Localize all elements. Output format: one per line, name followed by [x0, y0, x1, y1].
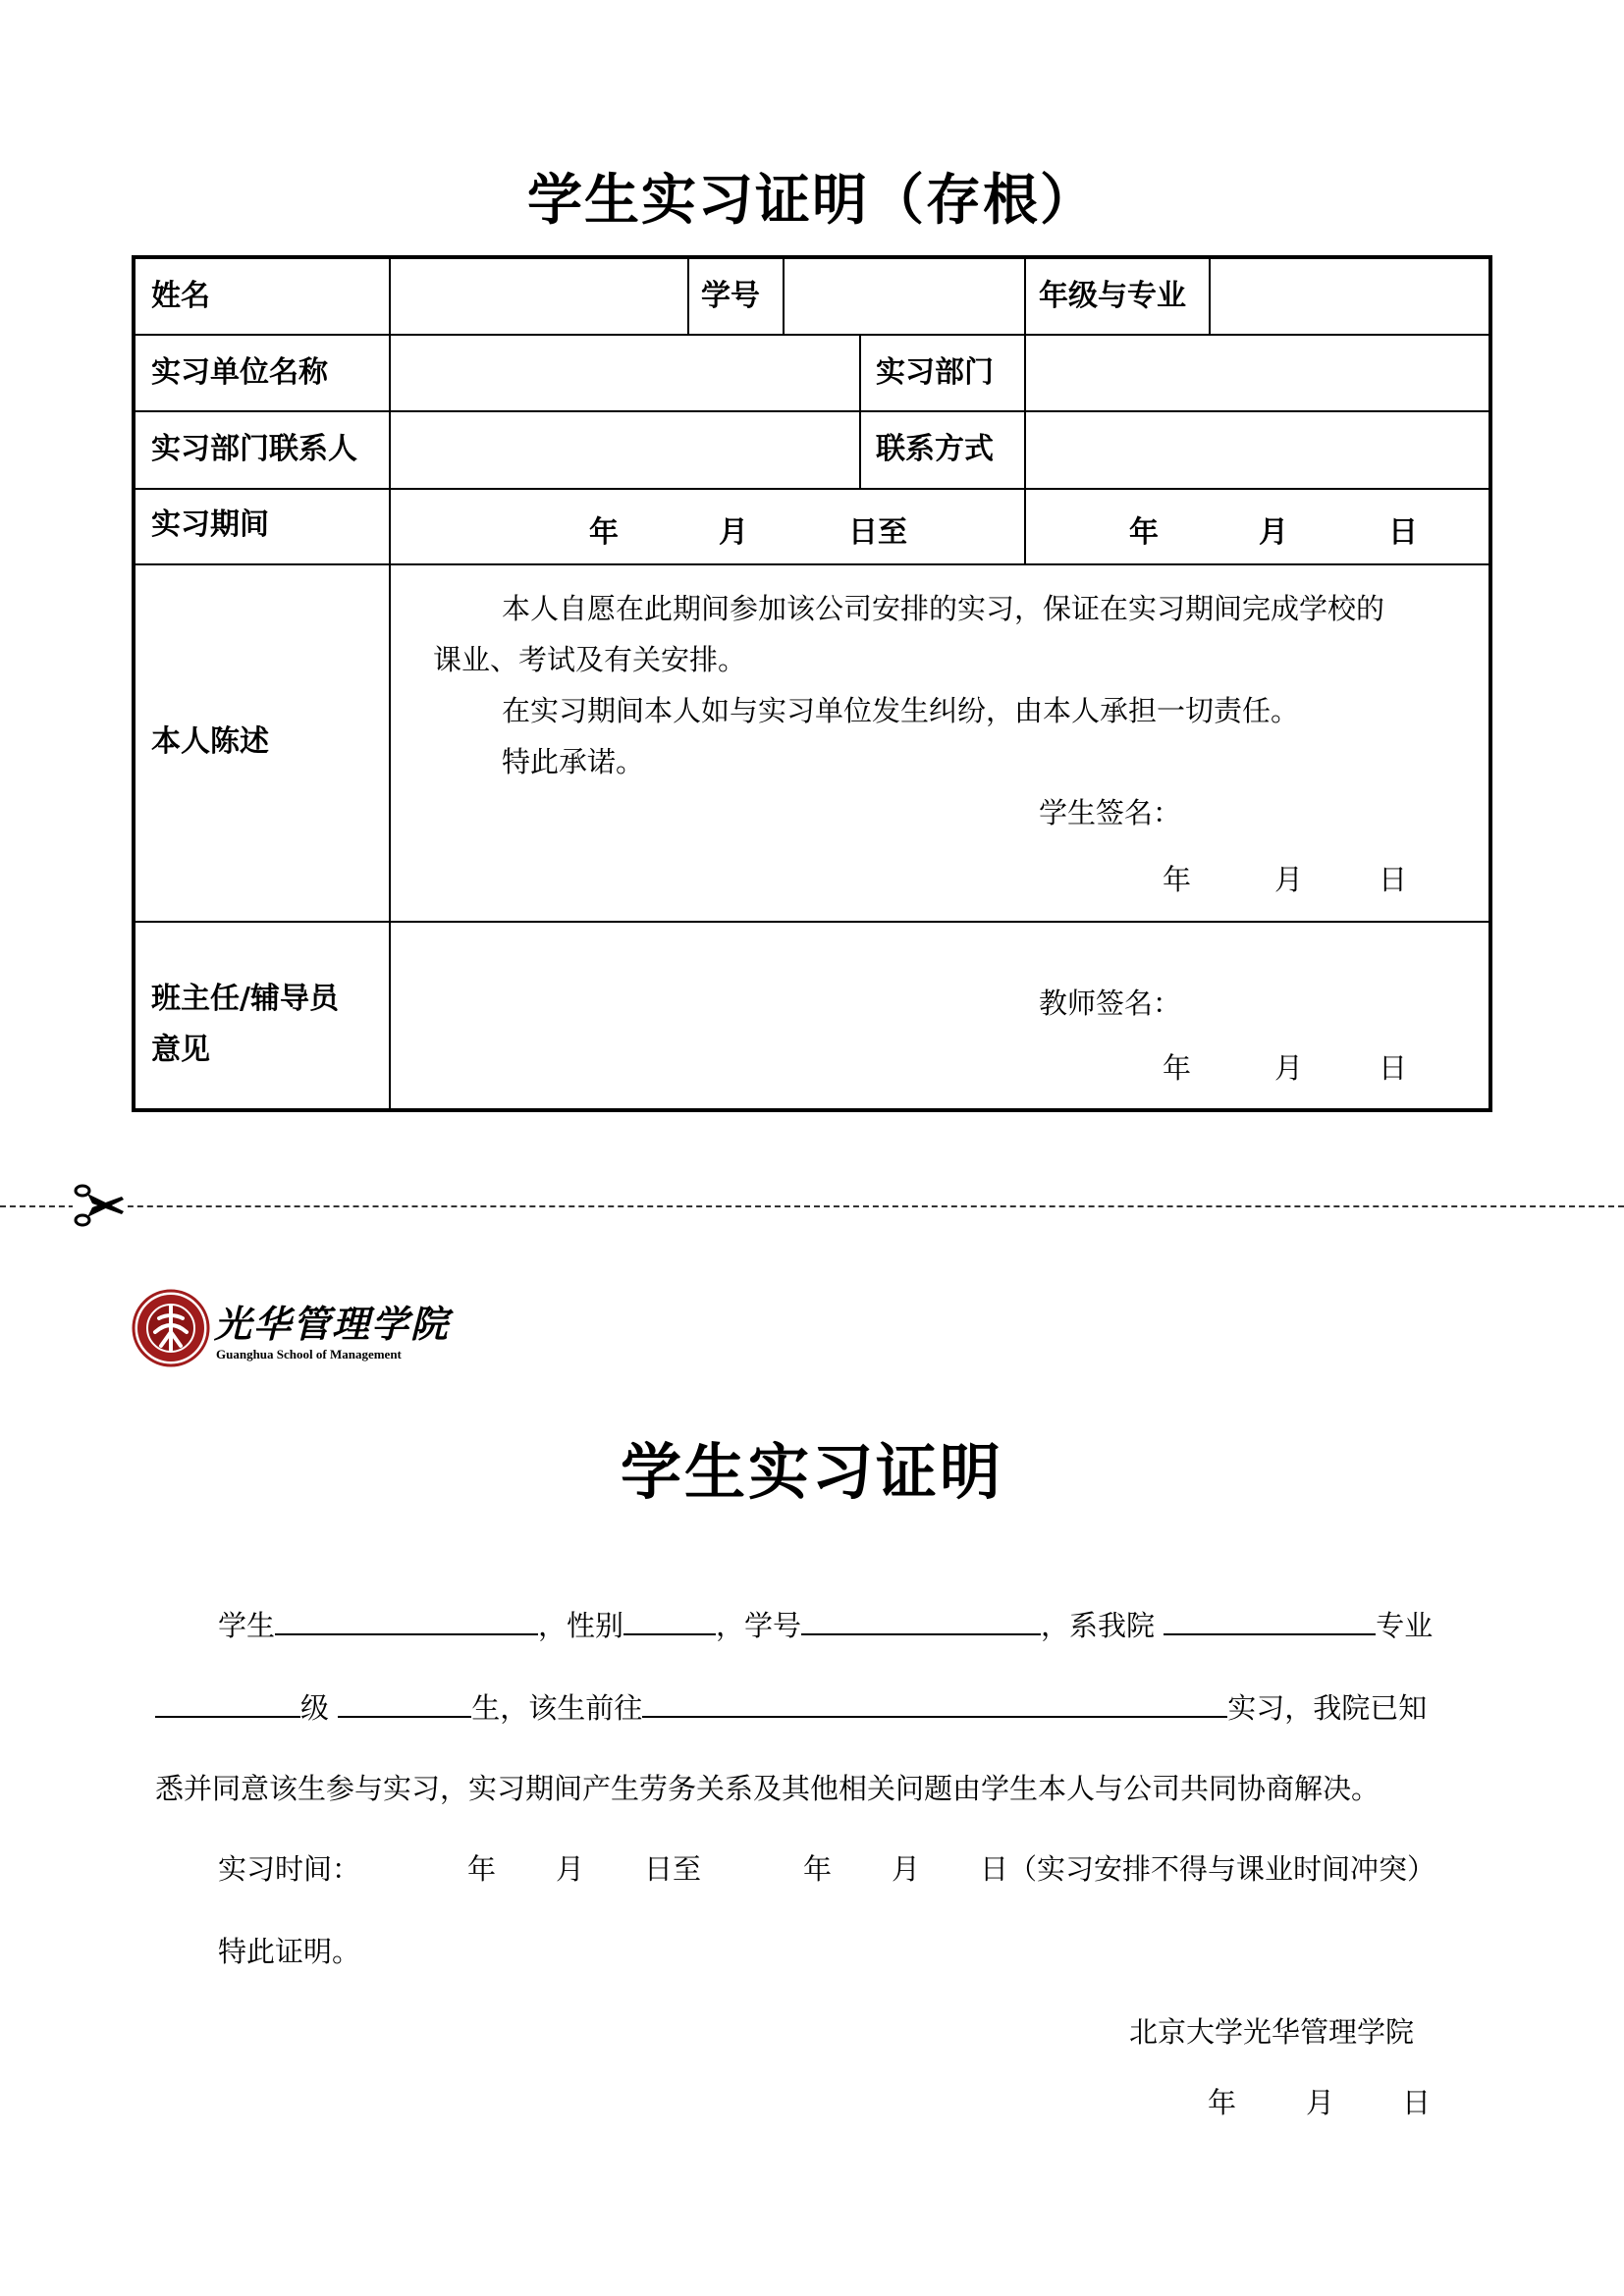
- period-month2: 月: [1259, 507, 1288, 551]
- time-day-to: 日至: [644, 1851, 701, 1887]
- time-year2: 年: [803, 1851, 832, 1887]
- label-contact-method: 联系方式: [876, 432, 994, 467]
- text-goes-to: 生，该生前往: [471, 1691, 642, 1725]
- department-blank[interactable]: [1164, 1606, 1376, 1635]
- time-year1: 年: [467, 1851, 496, 1887]
- contact-method-field[interactable]: [1026, 412, 1489, 488]
- dept-contact-field[interactable]: [391, 412, 859, 488]
- label-dept-contact: 实习部门联系人: [151, 432, 357, 467]
- label-grade-major: 年级与专业: [1039, 279, 1186, 314]
- student-id-blank[interactable]: [801, 1606, 1041, 1635]
- text-department: ，系我院: [1041, 1609, 1155, 1642]
- student-signature-field[interactable]: [1176, 789, 1471, 832]
- pku-seal-icon: [132, 1289, 210, 1367]
- label-company: 实习单位名称: [151, 355, 328, 391]
- logo-cn-name: 光华管理学院: [214, 1294, 450, 1348]
- advisor-month: 月: [1274, 1050, 1303, 1086]
- cert-line-1: 学生，性别，学号，系我院 专业: [218, 1606, 1433, 1643]
- student-name-blank[interactable]: [275, 1606, 538, 1635]
- period-year2: 年: [1129, 507, 1159, 551]
- scissors-icon: [73, 1182, 128, 1229]
- text-intern-time: 实习时间：: [218, 1852, 360, 1886]
- cut-line: [0, 1205, 1624, 1207]
- text-student: 学生: [218, 1609, 275, 1642]
- student-signature-label: 学生签名：: [1039, 795, 1181, 830]
- time-month2: 月: [892, 1851, 920, 1887]
- label-name: 姓名: [151, 279, 210, 314]
- label-period: 实习期间: [151, 507, 269, 543]
- text-grade: 级: [300, 1691, 329, 1725]
- text-intern-known: 实习，我院已知: [1227, 1691, 1427, 1725]
- logo-en-name: Guanghua School of Management: [216, 1347, 402, 1362]
- period-day2: 日: [1388, 507, 1418, 551]
- advisor-opinion-field[interactable]: [393, 927, 1021, 1103]
- label-advisor-line1: 班主任/辅导员: [151, 982, 339, 1017]
- time-month1: 月: [556, 1851, 584, 1887]
- period-day-to: 日至: [848, 507, 907, 551]
- grade-blank[interactable]: [155, 1688, 300, 1718]
- gender-blank[interactable]: [623, 1606, 716, 1635]
- department-field[interactable]: [1026, 336, 1489, 410]
- label-statement: 本人陈述: [151, 724, 269, 760]
- issue-month: 月: [1306, 2085, 1334, 2120]
- stub-table: 姓名 学号 年级与专业 实习单位名称 实习部门 实习部门联系人 联系方式 实习期…: [132, 255, 1492, 1112]
- teacher-signature-field[interactable]: [1176, 980, 1471, 1023]
- issue-year: 年: [1208, 2085, 1236, 2120]
- cert-line-4: 实习时间： 年 月 日至 年 月 日（实习安排不得与课业时间冲突）: [218, 1851, 360, 1887]
- advisor-year: 年: [1163, 1050, 1191, 1086]
- company-field[interactable]: [391, 336, 859, 410]
- text-gender: ，性别: [538, 1609, 623, 1642]
- text-major: 专业: [1376, 1609, 1433, 1642]
- advisor-day: 日: [1379, 1050, 1407, 1086]
- label-student-id: 学号: [701, 279, 760, 314]
- label-department: 实习部门: [876, 355, 994, 391]
- statement-month: 月: [1274, 862, 1303, 897]
- text-student-id: ，学号: [716, 1609, 801, 1642]
- company-blank[interactable]: [642, 1688, 1227, 1718]
- degree-blank[interactable]: [338, 1688, 471, 1718]
- period-year1: 年: [589, 507, 619, 551]
- time-day2-note: 日（实习安排不得与课业时间冲突）: [980, 1851, 1435, 1887]
- cert-line-3: 悉并同意该生参与实习，实习期间产生劳务关系及其他相关问题由学生本人与公司共同协商…: [155, 1771, 1380, 1806]
- statement-p2: 在实习期间本人如与实习单位发生纠纷，由本人承担一切责任。: [502, 693, 1299, 728]
- certificate-title: 学生实习证明: [0, 1423, 1624, 1511]
- issuer-name: 北京大学光华管理学院: [1129, 2014, 1414, 2050]
- statement-p1-line2: 课业、考试及有关安排。: [433, 642, 746, 677]
- period-month1: 月: [719, 507, 748, 551]
- statement-p3: 特此承诺。: [502, 744, 644, 779]
- statement-day: 日: [1379, 862, 1407, 897]
- grade-major-field[interactable]: [1211, 259, 1489, 334]
- name-field[interactable]: [391, 259, 687, 334]
- label-advisor-line2: 意见: [151, 1033, 210, 1068]
- issue-day: 日: [1402, 2085, 1431, 2120]
- student-id-field[interactable]: [785, 259, 1024, 334]
- teacher-signature-label: 教师签名：: [1039, 986, 1181, 1021]
- stub-title: 学生实习证明（存根）: [0, 157, 1624, 236]
- statement-p1-line1: 本人自愿在此期间参加该公司安排的实习，保证在实习期间完成学校的: [502, 591, 1384, 626]
- cert-line-2: 级 生，该生前往实习，我院已知: [155, 1688, 1427, 1726]
- statement-year: 年: [1163, 862, 1191, 897]
- cert-line-5: 特此证明。: [218, 1934, 360, 1969]
